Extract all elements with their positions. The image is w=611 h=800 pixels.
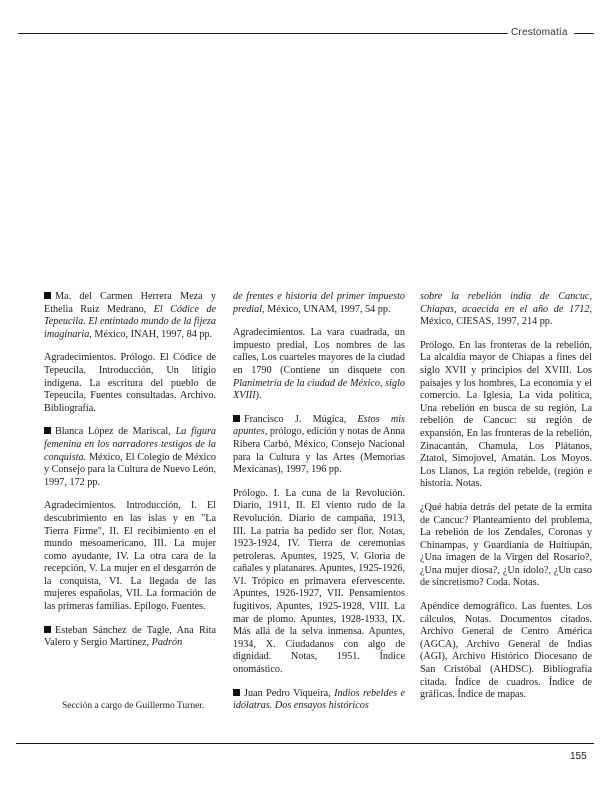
contents-text-after: ). xyxy=(256,390,262,401)
bibliography-entry: Juan Pedro Viqueira, Indios rebeldes e i… xyxy=(233,688,405,713)
entry-publication: México, INAH, 1997, 84 pp. xyxy=(94,329,212,340)
header-rule xyxy=(18,33,508,34)
table-of-contents: ¿Qué había detrás del petate de la ermit… xyxy=(420,502,592,590)
table-of-contents: Apéndice demográfico. Las fuentes. Los c… xyxy=(420,601,592,702)
bibliography-entry: Francisco J. Múgica, Estos mis apuntes, … xyxy=(233,414,405,477)
entry-authors: Francisco J. Múgica, xyxy=(244,414,346,425)
bibliography-entry: Esteban Sánchez de Tagle, Ana Rita Valer… xyxy=(44,625,216,650)
square-bullet-icon xyxy=(44,626,51,633)
entry-title: sobre la rebelión india de Cancuc, Chiap… xyxy=(420,291,592,315)
footer-rule xyxy=(16,743,594,744)
bibliography-entry-continued: de frentes e historia del primer impuest… xyxy=(233,291,405,316)
bibliography-entry: Blanca López de Mariscal, La figura feme… xyxy=(44,426,216,489)
entry-publication: México, UNAM, 1997, 54 pp. xyxy=(267,304,390,315)
entry-authors: Juan Pedro Viqueira, xyxy=(244,688,331,699)
page-number: 155 xyxy=(570,751,587,762)
column-3: sobre la rebelión india de Cancuc, Chiap… xyxy=(420,291,592,713)
header-rule-tail xyxy=(574,33,594,34)
entry-authors: Esteban Sánchez de Tagle, Ana Rita Valer… xyxy=(44,625,216,649)
table-of-contents: Agradecimientos. Introducción, I. El des… xyxy=(44,500,216,613)
entry-title: Padrón xyxy=(152,637,183,648)
column-2: de frentes e historia del primer impuest… xyxy=(233,291,405,724)
square-bullet-icon xyxy=(233,689,240,696)
bibliography-entry: Ma. del Carmen Herrera Meza y Ethelia Ru… xyxy=(44,291,216,341)
square-bullet-icon xyxy=(233,415,240,422)
square-bullet-icon xyxy=(44,292,51,299)
bibliography-entry-continued: sobre la rebelión india de Cancuc, Chiap… xyxy=(420,291,592,329)
section-label: Crestomatía xyxy=(511,27,568,38)
entry-publication: México, CIESAS, 1997, 214 pp. xyxy=(420,316,552,327)
square-bullet-icon xyxy=(44,427,51,434)
column-1: Ma. del Carmen Herrera Meza y Ethelia Ru… xyxy=(44,291,216,661)
table-of-contents: Agradecimientos. La vara cuadrada, un im… xyxy=(233,327,405,403)
contents-text: Agradecimientos. La vara cuadrada, un im… xyxy=(233,327,405,376)
table-of-contents: Prólogo. I. La cuna de la Revolución. Di… xyxy=(233,488,405,677)
table-of-contents: Prólogo. En las fronteras de la rebelión… xyxy=(420,340,592,491)
section-credit: Sección a cargo de Guillermo Turner. xyxy=(62,701,204,711)
table-of-contents: Agradecimientos. Prólogo. El Códice de T… xyxy=(44,352,216,415)
entry-authors: Blanca López de Mariscal, xyxy=(55,426,171,437)
